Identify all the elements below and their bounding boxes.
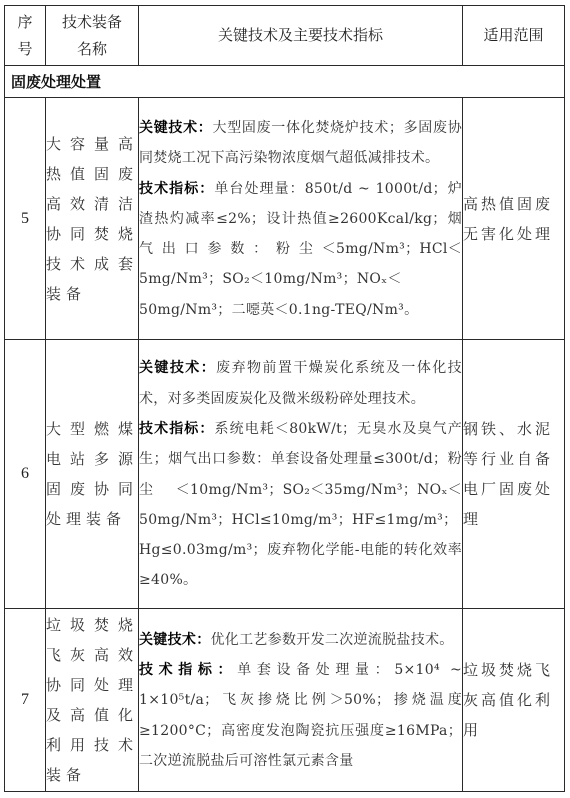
row-key-tech-cell: 关键技术：大型固废一体化焚烧炉技术；多固废协同焚烧工况下高污染物浓度烟气超低减排… xyxy=(139,98,463,340)
header-seq-label: 序号 xyxy=(17,13,32,58)
indicators-label: 技术指标： xyxy=(139,662,237,678)
section-title: 固废处理处置 xyxy=(5,66,565,98)
section-row: 固废处理处置 xyxy=(5,66,565,98)
indicators-paragraph: 技术指标：单台处理量：850t/d ~ 1000t/d；炉渣热灼减率≤2%；设计… xyxy=(139,174,462,325)
row-seq: 7 xyxy=(5,609,46,792)
table-row: 6 大型燃煤电站多源固废协同处理装备 关键技术：废弃物前置干燥炭化系统及一体化技… xyxy=(5,340,565,609)
indicators-text: 系统电耗＜80kW/t；无臭水及臭气产生；烟气出口参数：单套设备处理量≤300t… xyxy=(139,421,462,588)
row-equipment-name: 大容量高热值固废高效清洁协同焚烧技术成套装备 xyxy=(46,98,139,340)
row-scope: 高热值固废无害化处理 xyxy=(463,98,565,340)
header-scope-label: 适用范围 xyxy=(483,26,543,44)
header-key-tech: 关键技术及主要技术指标 xyxy=(139,6,463,66)
header-equipment-name: 技术装备名称 xyxy=(46,6,139,66)
indicators-paragraph: 技术指标：单套设备处理量：5×10⁴ ~ 1×10⁵t/a；飞灰掺烧比例＞50%… xyxy=(139,655,462,776)
indicators-label: 技术指标： xyxy=(139,421,215,437)
row-key-tech-cell: 关键技术：废弃物前置干燥炭化系统及一体化技术，对多类固废炭化及微米级粉碎处理技术… xyxy=(139,340,463,609)
row-scope: 垃圾焚烧飞灰高值化利用 xyxy=(463,609,565,792)
key-tech-label: 关键技术： xyxy=(139,360,216,376)
header-equipment-name-label: 技术装备名称 xyxy=(62,13,122,58)
table-header-row: 序号 技术装备名称 关键技术及主要技术指标 适用范围 xyxy=(5,6,565,66)
key-tech-label: 关键技术： xyxy=(139,120,213,136)
header-seq: 序号 xyxy=(5,6,46,66)
row-equipment-name: 大型燃煤电站多源固废协同处理装备 xyxy=(46,340,139,609)
key-tech-label: 关键技术： xyxy=(139,632,211,648)
row-scope: 钢铁、水泥等行业自备电厂固废处理 xyxy=(463,340,565,609)
row-seq: 6 xyxy=(5,340,46,609)
key-tech-paragraph: 关键技术：大型固废一体化焚烧炉技术；多固废协同焚烧工况下高污染物浓度烟气超低减排… xyxy=(139,113,462,174)
table-row: 5 大容量高热值固废高效清洁协同焚烧技术成套装备 关键技术：大型固废一体化焚烧炉… xyxy=(5,98,565,340)
header-key-tech-label: 关键技术及主要技术指标 xyxy=(218,26,383,44)
row-seq: 5 xyxy=(5,98,46,340)
key-tech-paragraph: 关键技术：废弃物前置干燥炭化系统及一体化技术，对多类固废炭化及微米级粉碎处理技术… xyxy=(139,353,462,414)
row-key-tech-cell: 关键技术：优化工艺参数开发二次逆流脱盐技术。 技术指标：单套设备处理量：5×10… xyxy=(139,609,463,792)
table-row: 7 垃圾焚烧飞灰高效协同处理及高值化利用技术装备 关键技术：优化工艺参数开发二次… xyxy=(5,609,565,792)
row-equipment-name: 垃圾焚烧飞灰高效协同处理及高值化利用技术装备 xyxy=(46,609,139,792)
indicators-label: 技术指标： xyxy=(139,181,214,197)
indicators-text: 单台处理量：850t/d ~ 1000t/d；炉渣热灼减率≤2%；设计热值≥26… xyxy=(139,181,462,318)
equipment-table: 序号 技术装备名称 关键技术及主要技术指标 适用范围 固废处理处置 5 大容量高… xyxy=(4,5,565,792)
key-tech-text: 优化工艺参数开发二次逆流脱盐技术。 xyxy=(211,632,454,648)
indicators-text: 单套设备处理量：5×10⁴ ~ 1×10⁵t/a；飞灰掺烧比例＞50%；掺烧温度… xyxy=(139,662,462,769)
indicators-paragraph: 技术指标：系统电耗＜80kW/t；无臭水及臭气产生；烟气出口参数：单套设备处理量… xyxy=(139,414,462,596)
header-scope: 适用范围 xyxy=(463,6,565,66)
key-tech-paragraph: 关键技术：优化工艺参数开发二次逆流脱盐技术。 xyxy=(139,625,462,655)
